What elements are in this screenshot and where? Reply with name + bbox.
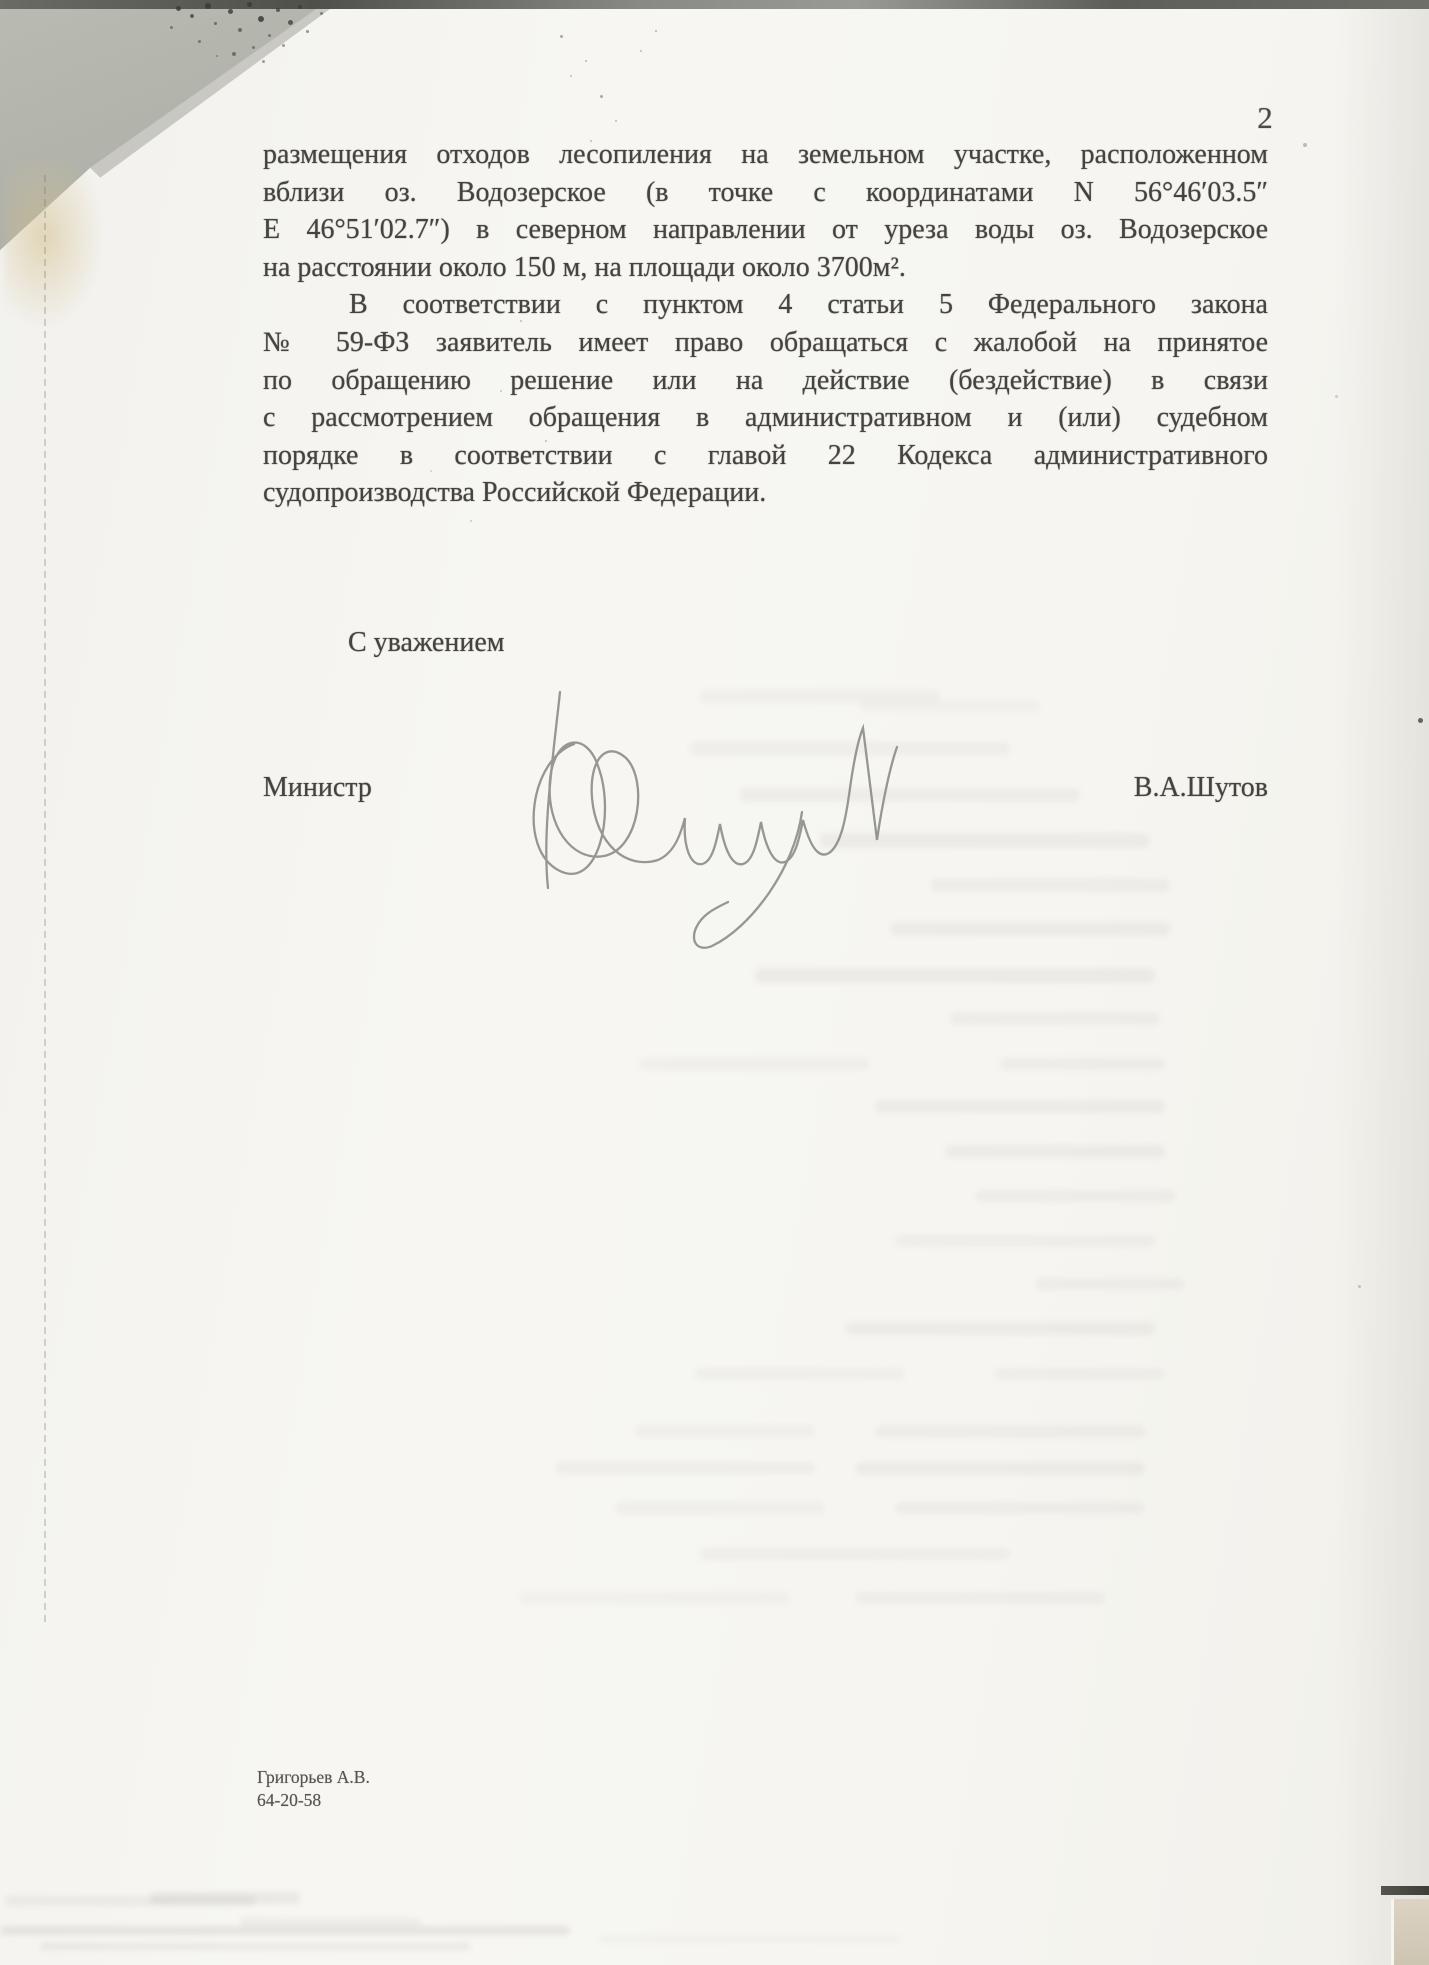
text-line: Е 46°51′02.7″) в северном направлении от… xyxy=(263,211,1268,249)
bleed-through-fragment xyxy=(855,1592,1105,1604)
ink-speckle xyxy=(1303,143,1307,147)
text-line: размещения отходов лесопиления на земель… xyxy=(263,136,1268,174)
ink-speckle xyxy=(1358,1285,1361,1288)
paragraph-1: размещения отходов лесопиления на земель… xyxy=(263,136,1268,286)
bleed-through-fragment xyxy=(640,1058,870,1070)
bleed-through-fragment xyxy=(1035,1278,1185,1290)
bleed-through-fragment xyxy=(845,1322,1155,1335)
ink-speckle xyxy=(655,30,657,32)
bleed-through-fragment xyxy=(695,1368,905,1380)
text-line: вблизи оз. Водозерское (в точке с коорди… xyxy=(263,174,1268,212)
ink-speckle xyxy=(205,3,211,9)
ink-speckle xyxy=(214,22,217,25)
ink-speckle xyxy=(600,95,603,98)
ink-speckle xyxy=(306,30,309,33)
ink-speckle xyxy=(276,8,280,12)
ink-speckle xyxy=(1335,395,1338,398)
text-line: по обращению решение или на действие (бе… xyxy=(263,362,1268,400)
ink-speckle xyxy=(232,52,236,56)
ink-speckle xyxy=(228,9,233,14)
ink-speckle xyxy=(252,46,255,49)
paragraph-2: В соответствии с пунктом 4 статьи 5 Феде… xyxy=(263,286,1268,512)
ink-speckle xyxy=(170,26,173,29)
bottom-smudge xyxy=(600,1936,900,1942)
ink-speckle xyxy=(190,14,194,18)
text-line: № 59-ФЗ заявитель имеет право обращаться… xyxy=(263,324,1268,362)
ink-speckle xyxy=(615,120,617,122)
executor-block: Григорьев А.В. 64-20-58 xyxy=(257,1766,370,1812)
bleed-through-fragment xyxy=(995,1368,1165,1380)
bleed-through-fragment xyxy=(890,922,1170,936)
bleed-through-fragment xyxy=(875,1100,1165,1113)
bottom-smudge xyxy=(40,1943,470,1950)
scanned-letter-page: 2 размещения отходов лесопиления на земе… xyxy=(0,0,1429,1965)
bottom-smudge xyxy=(150,1892,300,1904)
ink-speckle xyxy=(585,60,587,62)
bleed-through-fragment xyxy=(945,1145,1165,1158)
paper-edge-line xyxy=(44,175,46,1625)
bottom-smudge xyxy=(240,1918,420,1926)
ink-speckle xyxy=(288,20,293,25)
ink-speckle xyxy=(320,12,323,15)
text-line: порядке в соответствии с главой 22 Кодек… xyxy=(263,437,1268,475)
bleed-through-fragment xyxy=(615,1502,825,1514)
text-line: с рассмотрением обращения в администрати… xyxy=(263,399,1268,437)
bleed-through-fragment xyxy=(975,1190,1175,1202)
page-number: 2 xyxy=(1243,100,1287,136)
ink-speckle xyxy=(262,60,265,63)
bleed-through-fragment xyxy=(520,1592,790,1604)
bottom-smudge xyxy=(0,1926,570,1935)
bottom-right-corner-line xyxy=(1381,1886,1429,1895)
bottom-right-corner-patch xyxy=(1391,1899,1429,1965)
ink-speckle xyxy=(176,6,181,11)
text-line: судопроизводства Российской Федерации. xyxy=(263,474,1268,512)
executor-name: Григорьев А.В. xyxy=(257,1766,370,1789)
paper-stain xyxy=(4,160,104,330)
ink-speckle xyxy=(238,28,242,32)
ink-speckle xyxy=(470,520,472,522)
bleed-through-fragment xyxy=(635,1425,815,1437)
top-edge-shadow xyxy=(0,0,1429,9)
bleed-through-fragment xyxy=(895,1502,1145,1514)
ink-speckle xyxy=(216,55,218,57)
bleed-through-fragment xyxy=(875,1425,1145,1438)
right-edge-shade xyxy=(1334,0,1429,1965)
body-text: размещения отходов лесопиления на земель… xyxy=(263,136,1268,512)
signer-name: В.А.Шутов xyxy=(263,772,1268,804)
ink-speckle xyxy=(268,34,271,37)
bleed-through-fragment xyxy=(855,1462,1145,1475)
ink-speckle xyxy=(570,75,572,77)
executor-phone: 64-20-58 xyxy=(257,1789,370,1812)
bleed-through-fragment xyxy=(555,1462,815,1474)
ink-speckle xyxy=(640,50,642,52)
ink-speckle xyxy=(198,40,201,43)
text-line: В соответствии с пунктом 4 статьи 5 Феде… xyxy=(263,286,1268,324)
text-line: на расстоянии около 150 м, на площади ок… xyxy=(263,249,1268,287)
ink-speckle xyxy=(247,2,252,7)
ink-speckle xyxy=(560,35,563,38)
bleed-through-fragment xyxy=(895,1235,1155,1247)
signature-scribble xyxy=(450,650,910,980)
ink-speckle xyxy=(298,5,302,9)
bleed-through-fragment xyxy=(1000,1058,1165,1070)
ink-speckle xyxy=(282,44,285,47)
bleed-through-fragment xyxy=(930,878,1170,892)
ink-speckle xyxy=(258,16,264,22)
bleed-through-fragment xyxy=(950,1012,1160,1025)
bleed-through-fragment xyxy=(700,1548,1010,1560)
ink-speckle xyxy=(1418,718,1423,723)
